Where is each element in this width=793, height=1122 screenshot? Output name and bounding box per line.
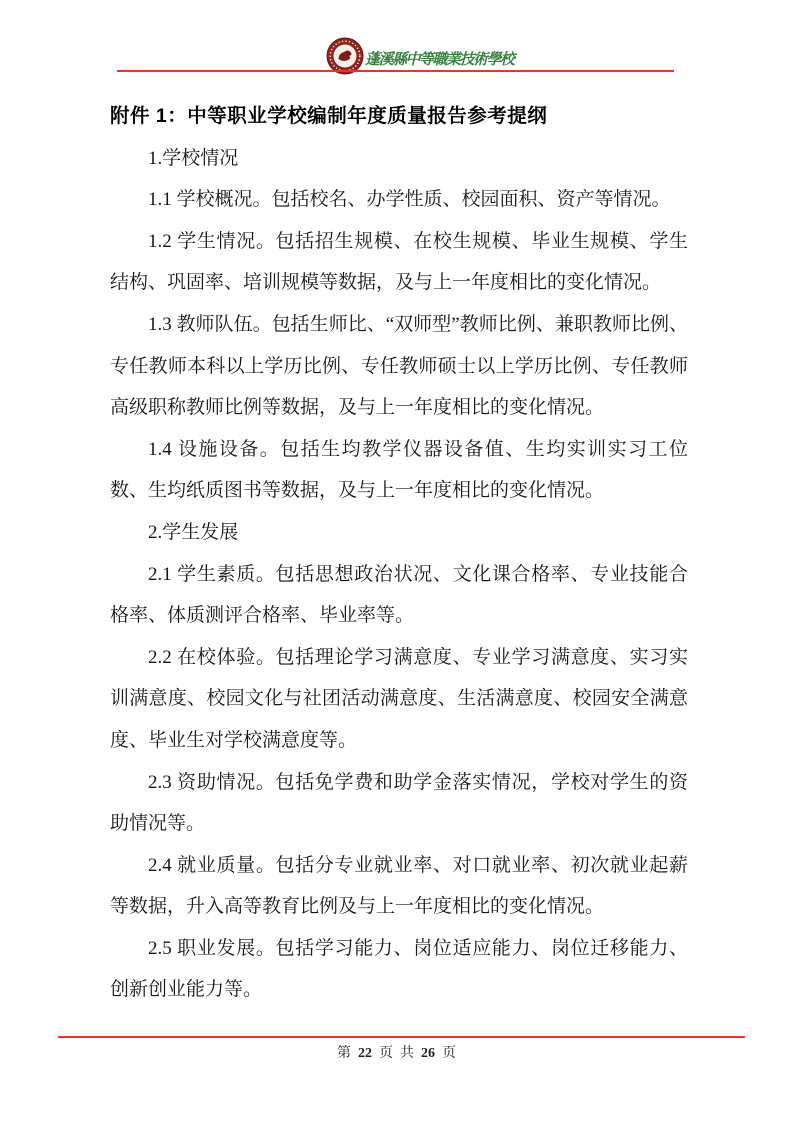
outline-paragraph: 1.3 教师队伍。包括生师比、“双师型”教师比例、兼职教师比例、专任教师本科以上… [110, 304, 688, 429]
page-title: 附件 1：中等职业学校编制年度质量报告参考提纲 [110, 96, 688, 138]
footer-rule [58, 1036, 745, 1038]
current-page-number: 22 [358, 1046, 372, 1062]
page-number-label: 共 [400, 1042, 414, 1062]
outline-paragraph: 2.3 资助情况。包括免学费和助学金落实情况，学校对学生的资助情况等。 [110, 762, 688, 845]
header-rule [117, 70, 674, 72]
outline-paragraph: 1.2 学生情况。包括招生规模、在校生规模、毕业生规模、学生结构、巩固率、培训规… [110, 221, 688, 304]
outline-paragraph: 2.学生发展 [110, 512, 688, 554]
page-number-label: 页 [442, 1042, 456, 1062]
outline-paragraph: 2.5 职业发展。包括学习能力、岗位适应能力、岗位迁移能力、创新创业能力等。 [110, 928, 688, 1011]
document-body: 附件 1：中等职业学校编制年度质量报告参考提纲 1.学校情况 1.1 学校概况。… [110, 96, 688, 1011]
outline-paragraph: 2.4 就业质量。包括分专业就业率、对口就业率、初次就业起薪等数据，升入高等教育… [110, 845, 688, 928]
page-number-label: 第 [337, 1042, 351, 1062]
outline-paragraph: 1.4 设施设备。包括生均教学仪器设备值、生均实训实习工位数、生均纸质图书等数据… [110, 429, 688, 512]
page-number: 第 22 页 共 26 页 [0, 1042, 793, 1062]
outline-paragraph: 1.1 学校概况。包括校名、办学性质、校园面积、资产等情况。 [110, 179, 688, 221]
page-number-label: 页 [379, 1042, 393, 1062]
outline-paragraph: 2.2 在校体验。包括理论学习满意度、专业学习满意度、实习实训满意度、校园文化与… [110, 637, 688, 762]
school-name: 蓬溪縣中等職業技術學校 [365, 51, 514, 69]
outline-paragraph: 2.1 学生素质。包括思想政治状况、文化课合格率、专业技能合格率、体质测评合格率… [110, 554, 688, 637]
total-page-number: 26 [421, 1046, 435, 1062]
outline-paragraph: 1.学校情况 [110, 138, 688, 180]
document-page: 蓬溪縣中等職業技術學校 附件 1：中等职业学校编制年度质量报告参考提纲 1.学校… [0, 0, 793, 1122]
